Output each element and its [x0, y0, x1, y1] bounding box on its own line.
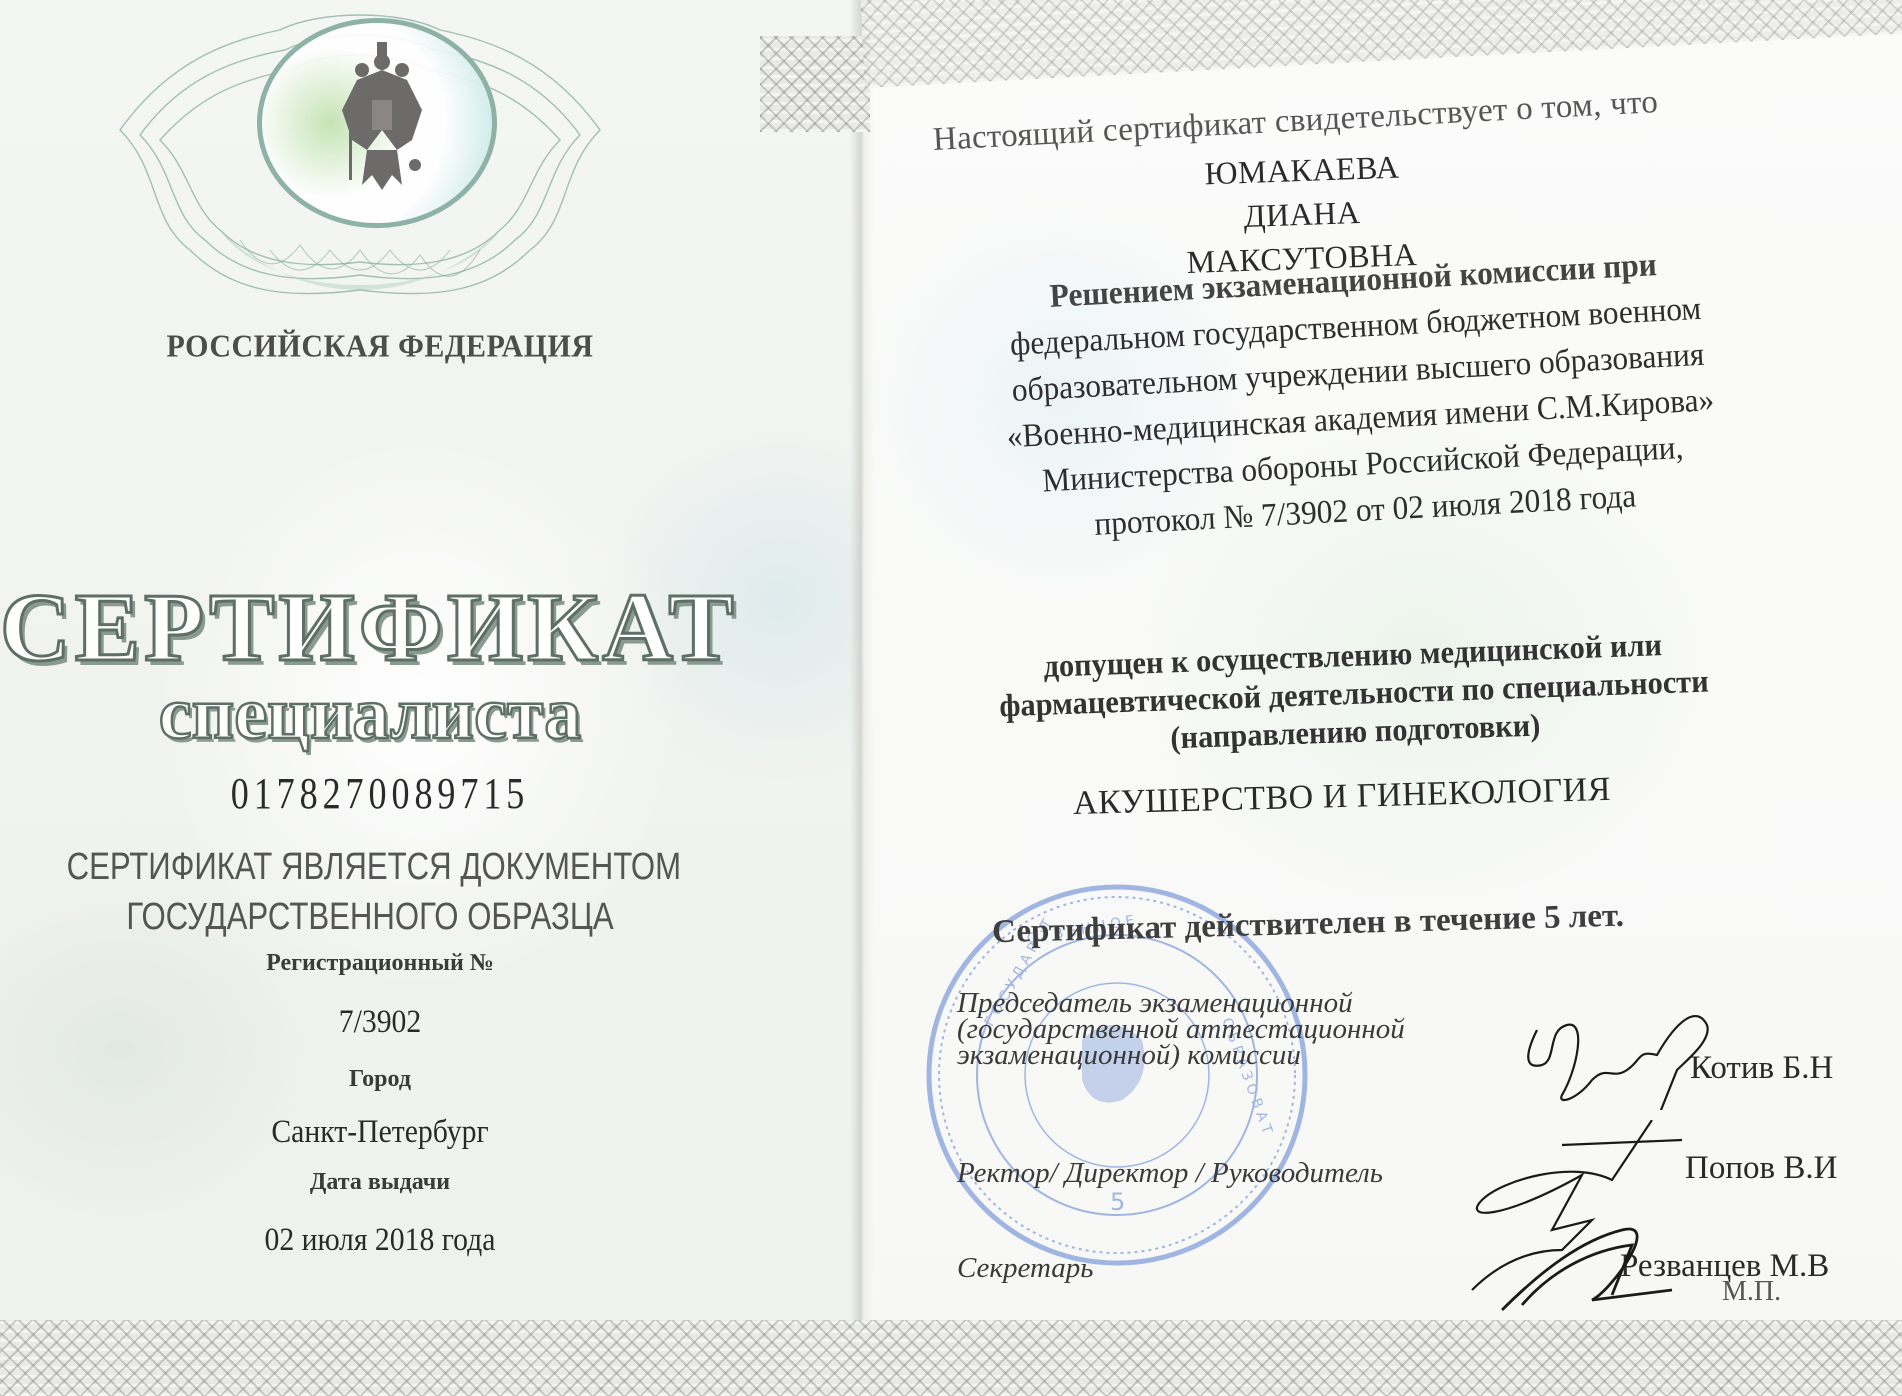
holder-surname: ЮМАКАЕВА: [1091, 145, 1512, 197]
state-emblem: [60, 0, 660, 300]
registration-label: Регистрационный №: [130, 950, 630, 977]
issue-date-label: Дата выдачи: [130, 1169, 630, 1196]
svg-text:5: 5: [1110, 1188, 1125, 1216]
country-name: РОССИЙСКАЯ ФЕДЕРАЦИЯ: [130, 329, 630, 365]
page-fold: [850, 0, 874, 1396]
guilloche-band-top-left: [760, 36, 870, 132]
secretary-role: Секретарь: [957, 1255, 1093, 1281]
admission-statement: допущен к осуществлению медицинской или …: [922, 621, 1785, 765]
city-value: Санкт-Петербург: [155, 1114, 605, 1151]
holder-first-name: ДИАНА: [1091, 189, 1512, 241]
serial-number: 0178270089715: [175, 768, 585, 819]
chair-role-line: экзаменационной) комиссии: [957, 1042, 1405, 1068]
specialty-name: АКУШЕРСТВО И ГИНЕКОЛОГИЯ: [972, 768, 1713, 825]
state-document-line-1: СЕРТИФИКАТ ЯВЛЯЕТСЯ ДОКУМЕНТОМ: [67, 846, 674, 889]
certificate-subtitle: специалиста: [90, 672, 650, 757]
commission-decision: Решением экзаменационной комиссии при фе…: [903, 234, 1816, 557]
chair-role: Председатель экзаменационной (государств…: [957, 990, 1405, 1068]
certificate-right-page: Настоящий сертификат свидетельствует о т…: [862, 0, 1902, 1396]
city-label: Город: [130, 1066, 630, 1093]
rector-role: Ректор/ Директор / Руководитель: [957, 1160, 1383, 1186]
seal-place-mark: М.П.: [1722, 1276, 1781, 1308]
double-headed-eagle-icon: [337, 40, 427, 200]
registration-number: 7/3902: [155, 1004, 605, 1041]
state-document-line-2: ГОСУДАРСТВЕННОГО ОБРАЗЦА: [67, 896, 674, 939]
certificate-left-page: РОССИЙСКАЯ ФЕДЕРАЦИЯ СЕРТИФИКАТ специали…: [0, 0, 862, 1396]
rector-secretary-signature-icon: [1462, 1120, 1722, 1320]
intro-text: Настоящий сертификат свидетельствует о т…: [932, 84, 1659, 159]
issue-date-value: 02 июля 2018 года: [155, 1222, 605, 1259]
guilloche-band-bottom: [0, 1320, 1902, 1396]
certificate-title: СЕРТИФИКАТ: [0, 572, 720, 684]
chair-signature-icon: [1517, 1010, 1747, 1110]
